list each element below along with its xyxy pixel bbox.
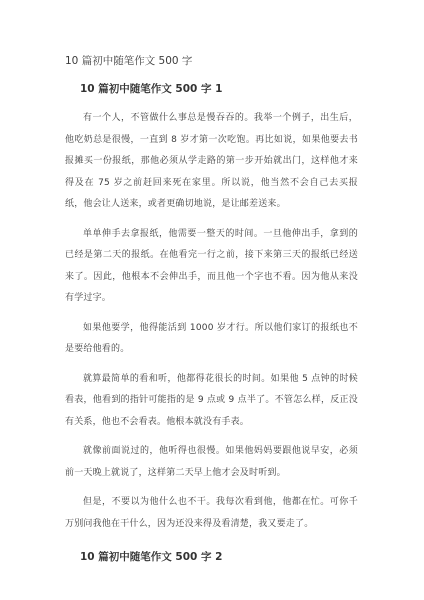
essay-paragraph: 就像前面说过的，他听得也很慢。如果他妈妈要跟他说早安，必须前一天晚上就说了，这样… [65, 441, 358, 484]
essay-paragraph: 有一个人，不管做什么事总是慢吞吞的。我举一个例子，出生后，他吃奶总是很慢，一直到… [65, 108, 358, 216]
essay-paragraph: 但是，不要以为他什么也不干。我每次看到他，他都在忙。可你千万别问我他在干什么，因… [65, 492, 358, 535]
essay-paragraph: 单单伸手去拿报纸，他需要一整天的时间。一旦他伸出手，拿到的已经是第二天的报纸。在… [65, 224, 358, 310]
section-heading-2: 10 篇初中随笔作文 500 字 2 [65, 547, 358, 569]
section-heading-1: 10 篇初中随笔作文 500 字 1 [65, 79, 358, 101]
essay-paragraph: 如果他要学，他得能活到 1000 岁才行。所以他们家订的报纸也不是要给他看的。 [65, 318, 358, 361]
document-title: 10 篇初中随笔作文 500 字 [65, 51, 358, 73]
document-page: 10 篇初中随笔作文 500 字 10 篇初中随笔作文 500 字 1 有一个人… [0, 0, 424, 600]
essay-paragraph: 就算最简单的看和听，他都得花很长的时间。如果他 5 点钟的时候看表，他看到的指针… [65, 369, 358, 434]
